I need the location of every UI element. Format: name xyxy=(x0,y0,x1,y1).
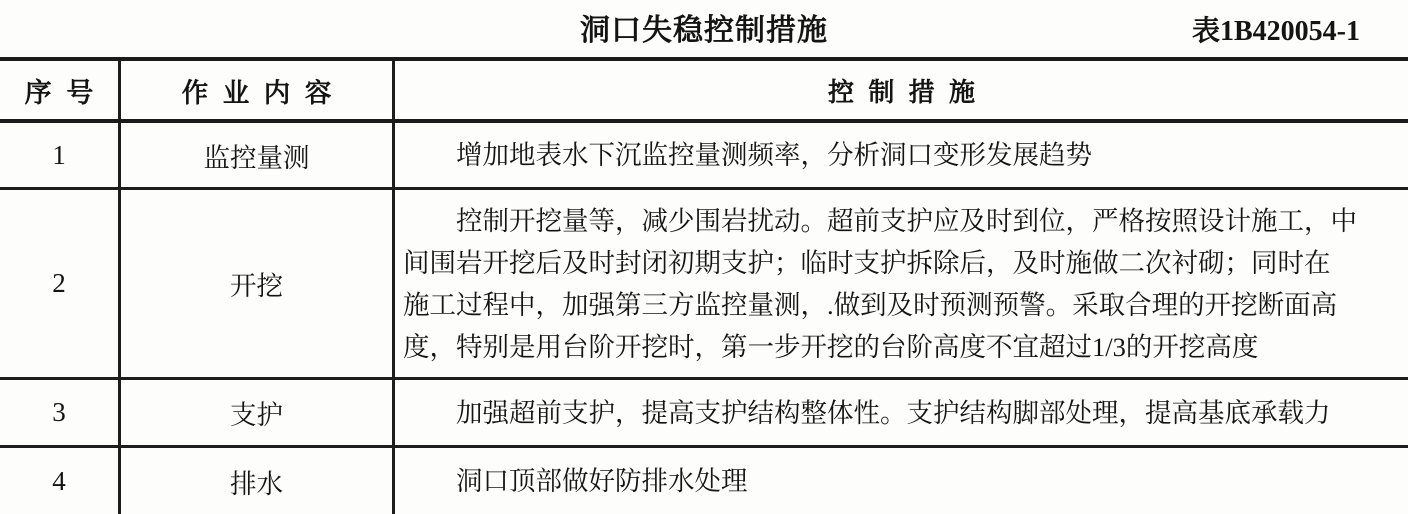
row-no: 2 xyxy=(0,190,121,377)
row-no: 1 xyxy=(0,123,121,187)
row-measures: 加强超前支护，提高支护结构整体性。支护结构脚部处理，提高基底承载力 xyxy=(395,380,1408,445)
control-measures-table: 序号 作业内容 控制措施 1 监控量测 增加地表水下沉监控量测频率，分析洞口变形… xyxy=(0,57,1408,514)
row-no: 4 xyxy=(0,448,121,514)
table-caption-bar: 洞口失稳控制措施 表1B420054-1 xyxy=(0,0,1408,57)
table-title: 洞口失稳控制措施 xyxy=(580,5,828,49)
row-activity: 开挖 xyxy=(121,190,395,377)
measure-text-line: 控制开挖量等，减少围岩扰动。超前支护应及时到位，严格按照设计施工，中 xyxy=(403,200,1398,242)
table-row: 4 排水 洞口顶部做好防排水处理 xyxy=(0,448,1408,514)
table-number: 表1B420054-1 xyxy=(1192,9,1360,49)
row-no: 3 xyxy=(0,380,121,445)
table-header-row: 序号 作业内容 控制措施 xyxy=(0,61,1408,123)
row-measures: 控制开挖量等，减少围岩扰动。超前支护应及时到位，严格按照设计施工，中 间围岩开挖… xyxy=(395,190,1408,377)
scanned-document-page: 洞口失稳控制措施 表1B420054-1 序号 作业内容 控制措施 1 监控量测… xyxy=(0,0,1408,514)
table-row: 2 开挖 控制开挖量等，减少围岩扰动。超前支护应及时到位，严格按照设计施工，中 … xyxy=(0,190,1408,380)
header-cell-no: 序号 xyxy=(0,61,121,119)
header-cell-measures: 控制措施 xyxy=(395,61,1408,119)
measure-text-line: 间围岩开挖后及时封闭初期支护；临时支护拆除后，及时施做二次衬砌；同时在 xyxy=(403,242,1398,284)
table-row: 3 支护 加强超前支护，提高支护结构整体性。支护结构脚部处理，提高基底承载力 xyxy=(0,380,1408,448)
row-measures: 增加地表水下沉监控量测频率，分析洞口变形发展趋势 xyxy=(395,123,1408,187)
row-activity: 监控量测 xyxy=(121,123,395,187)
header-cell-activity: 作业内容 xyxy=(121,61,395,119)
measure-text-line: 增加地表水下沉监控量测频率，分析洞口变形发展趋势 xyxy=(403,134,1398,176)
row-measures: 洞口顶部做好防排水处理 xyxy=(395,448,1408,514)
measure-text-line: 洞口顶部做好防排水处理 xyxy=(403,460,1398,502)
row-activity: 支护 xyxy=(121,380,395,445)
table-row: 1 监控量测 增加地表水下沉监控量测频率，分析洞口变形发展趋势 xyxy=(0,123,1408,190)
measure-text-line: 加强超前支护，提高支护结构整体性。支护结构脚部处理，提高基底承载力 xyxy=(403,392,1398,434)
measure-text-line: 施工过程中，加强第三方监控量测，.做到及时预测预警。采取合理的开挖断面高 xyxy=(403,284,1398,326)
row-activity: 排水 xyxy=(121,448,395,514)
measure-text-line: 度，特别是用台阶开挖时，第一步开挖的台阶高度不宜超过1/3的开挖高度 xyxy=(403,326,1398,368)
